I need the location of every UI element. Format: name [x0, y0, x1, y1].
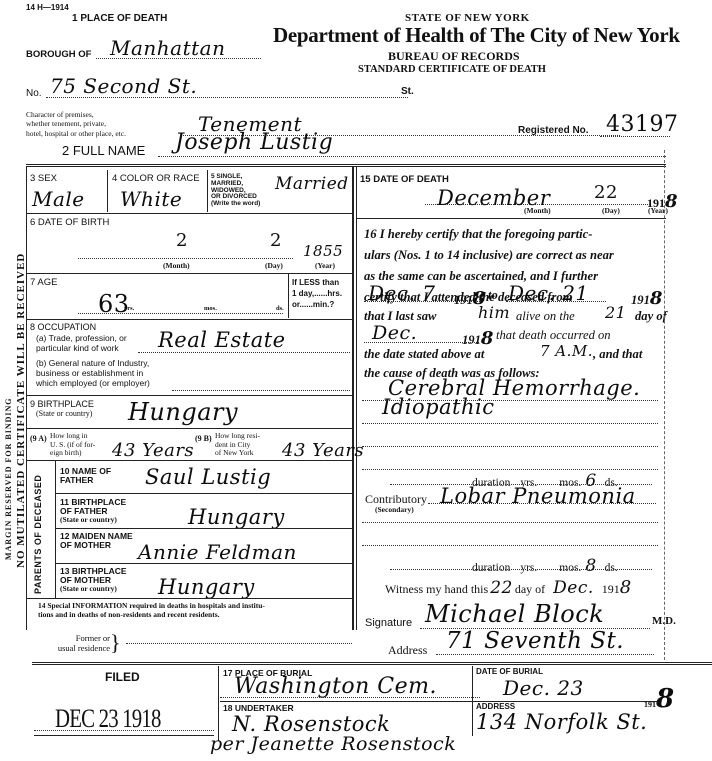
parents-section-label: PARENTS OF DECEASED: [33, 464, 43, 594]
birthplace-label: 9 BIRTHPLACE: [30, 399, 94, 409]
former-residence-field[interactable]: [117, 634, 352, 650]
full-name-value[interactable]: Joseph Lustig: [175, 130, 333, 155]
special-information-note: 14 Special INFORMATION required in death…: [38, 601, 265, 619]
time-of-death[interactable]: 7 A.M.: [540, 342, 593, 360]
attended-from[interactable]: Dec. 7: [368, 281, 436, 305]
mother-birthplace-label: 13 BIRTHPLACE OF MOTHER (State or countr…: [60, 567, 127, 593]
mother-name-label: 12 MAIDEN NAME OF MOTHER: [60, 532, 133, 550]
us-label: How long in U. S. (if of for- eign birth…: [50, 432, 95, 458]
contributory-value[interactable]: Lobar Pneumonia: [440, 484, 636, 508]
mother-birthplace-value[interactable]: Hungary: [158, 575, 255, 599]
death-year-caption: (Year): [648, 207, 668, 215]
nyc-value[interactable]: 43 Years: [282, 440, 364, 461]
date-of-burial-label: DATE OF BURIAL: [476, 667, 543, 676]
alive-on: alive on the: [516, 309, 575, 324]
father-birthplace-value[interactable]: Hungary: [188, 505, 285, 529]
physician-address-label: Address: [388, 643, 427, 658]
death-day[interactable]: 22: [594, 182, 618, 203]
father-name-value[interactable]: Saul Lustig: [145, 465, 271, 489]
less-than-day: If LESS than 1 day,......hrs. or......mi…: [292, 277, 342, 311]
marital-label: 5 SINGLE, MARRIED, WIDOWED, OR DIVORCED …: [211, 174, 260, 208]
undertaker-per[interactable]: per Jeanette Rosenstock: [210, 733, 456, 755]
former-residence-label: Former or usual residence: [30, 633, 110, 653]
us-value[interactable]: 43 Years: [112, 440, 194, 461]
physician-signature[interactable]: Michael Block: [425, 600, 604, 628]
duration2: durationyrs.mos.8ds.: [472, 556, 618, 576]
borough-label: BOROUGH OF: [26, 49, 91, 60]
death-month-caption: (Month): [524, 207, 551, 215]
margin-binding-note: MARGIN RESERVED FOR BINDING: [4, 140, 13, 560]
secondary-label: (Secondary): [375, 505, 414, 514]
date-stated: the date stated above at: [364, 347, 484, 362]
full-name-label: 2 FULL NAME: [62, 143, 145, 158]
day-of: day of: [635, 309, 667, 324]
month-caption: (Month): [163, 262, 190, 270]
father-name-label: 10 NAME OF FATHER: [60, 467, 111, 485]
occupation-a-label: (a) Trade, profession, or particular kin…: [36, 333, 127, 353]
death-occurred: that death occurred on: [496, 328, 611, 343]
premises-label: Character of premises, whether tenement,…: [26, 110, 126, 138]
place-of-burial-value[interactable]: Washington Cem.: [234, 674, 437, 699]
bureau-heading: BUREAU OF RECORDS: [388, 49, 520, 64]
to-word: to: [488, 288, 498, 303]
last-saw-month[interactable]: Dec.: [372, 322, 417, 344]
birthplace-value[interactable]: Hungary: [128, 398, 238, 426]
borough-value[interactable]: Manhattan: [110, 36, 225, 60]
date-of-burial-value[interactable]: Dec. 23: [503, 676, 584, 700]
nyc-label-num: (9 B): [195, 435, 209, 443]
birthplace-sub: (State or country): [36, 410, 92, 418]
color-label: 4 COLOR OR RACE: [112, 173, 200, 184]
sex-value[interactable]: Male: [32, 187, 85, 211]
place-of-death-label: 1 PLACE OF DEATH: [72, 13, 167, 24]
registered-number[interactable]: 43197: [606, 112, 679, 137]
yrs-caption: yrs.: [124, 306, 134, 313]
day-caption: (Day): [265, 262, 283, 270]
registered-label: Registered No.: [518, 125, 589, 136]
us-label-num: (9 A): [30, 435, 44, 443]
ds-caption: ds.: [276, 306, 284, 313]
death-day-caption: (Day): [602, 207, 620, 215]
dob-year[interactable]: 1855: [303, 242, 343, 260]
last-saw-year: 1918: [462, 328, 494, 349]
department-heading: Department of Health of The City of New …: [273, 23, 680, 48]
number-label: No.: [26, 88, 42, 99]
burial-year: 1918: [644, 684, 675, 714]
certificate-title: STANDARD CERTIFICATE OF DEATH: [358, 64, 546, 75]
filed-label: FILED: [105, 670, 140, 684]
age-label: 7 AGE: [30, 277, 57, 288]
last-saw-value[interactable]: him: [478, 303, 510, 322]
occupation-b-label: (b) General nature of Industry, business…: [36, 358, 150, 389]
attended-to-year: 1918: [631, 288, 663, 309]
undertaker-address-value[interactable]: 134 Norfolk St.: [476, 710, 647, 734]
witness-line: Witness my hand this22day ofDec.1918: [385, 577, 632, 598]
dob-label: 6 DATE OF BIRTH: [30, 217, 109, 228]
dob-month[interactable]: 2: [176, 230, 188, 251]
mother-name-value[interactable]: Annie Feldman: [138, 540, 297, 564]
color-value[interactable]: White: [120, 187, 182, 211]
attended-to[interactable]: Dec. 21: [508, 281, 589, 305]
occupation-a-value[interactable]: Real Estate: [158, 328, 286, 352]
address-value[interactable]: 75 Second St.: [50, 74, 197, 98]
date-of-death-label: 15 DATE OF DEATH: [360, 174, 449, 185]
dob-day[interactable]: 2: [270, 230, 282, 251]
father-birthplace-label: 11 BIRTHPLACE OF FATHER (State or countr…: [60, 498, 126, 524]
occupation-label: 8 OCCUPATION: [30, 322, 96, 332]
form-number: 14 H—1914: [26, 3, 69, 12]
mos-caption: mos.: [204, 306, 217, 313]
st-suffix: St.: [401, 86, 414, 97]
nyc-label: How long resi- dent in City of New York: [215, 432, 260, 458]
cause-primary-detail[interactable]: Idiopathic: [382, 395, 495, 419]
sex-label: 3 SEX: [30, 173, 57, 184]
physician-address[interactable]: 71 Seventh St.: [446, 628, 624, 654]
signature-label: Signature: [365, 617, 412, 629]
last-saw-day[interactable]: 21: [605, 303, 626, 322]
year-caption: (Year): [315, 262, 335, 270]
marital-value[interactable]: Married: [275, 174, 349, 194]
and-that: , and that: [593, 347, 642, 362]
